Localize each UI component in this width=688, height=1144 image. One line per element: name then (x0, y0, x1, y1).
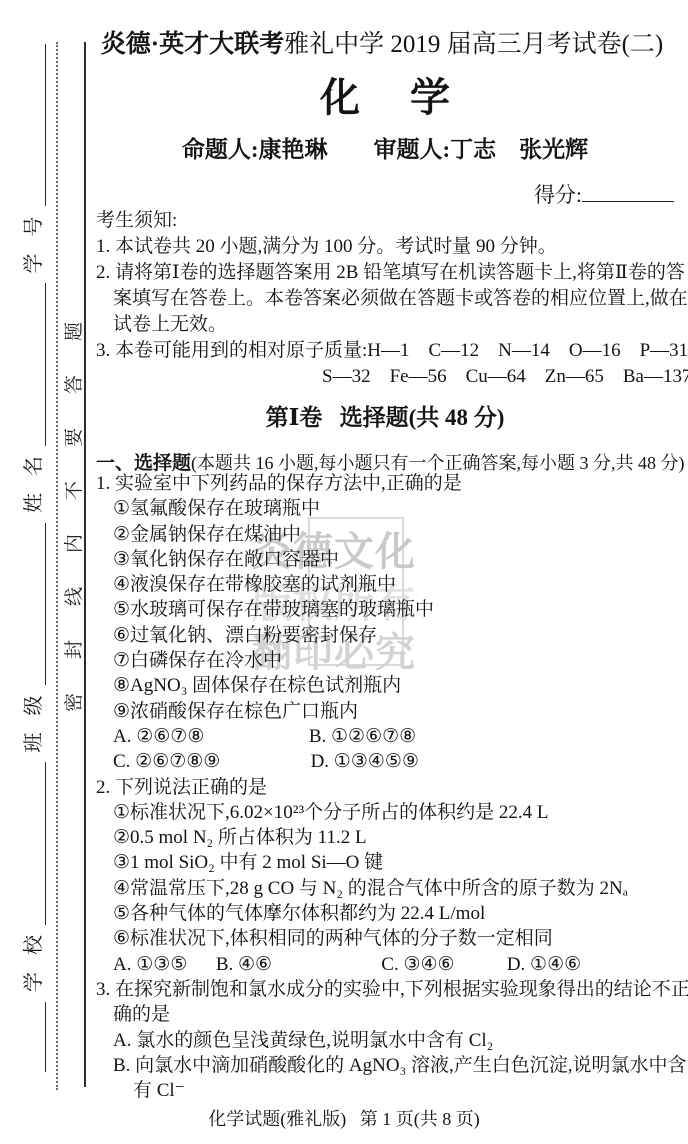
student-field-label: 学 校 (17, 925, 46, 992)
question-line: ⑧AgNO₃ 固体保存在棕色试剂瓶内 (96, 673, 684, 698)
student-field-label: 学 号 (17, 207, 46, 274)
field-blank-line (29, 1002, 46, 1072)
exam-title-line: 炎德·英才大联考雅礼中学 2019 届高三月考试卷(二) (90, 24, 674, 60)
student-field: 班 级 (17, 513, 46, 753)
student-field-label: 姓 名 (17, 446, 46, 513)
question-line: ⑥过氧化钠、漂白粉要密封保存 (96, 623, 684, 648)
student-field: 姓 名 (17, 274, 46, 514)
question-line: 有 Cl⁻ (96, 1078, 684, 1103)
question-line: ②金属钠保存在煤油中 (96, 522, 684, 547)
student-field-blank (29, 763, 46, 926)
question-line: ②0.5 mol N₂ 所占体积为 11.2 L (96, 825, 684, 850)
notice-line: S—32 Fe—56 Cu—64 Zn—65 Ba—137 (96, 364, 681, 390)
seal-line-text: 密封线内不要答题 (59, 276, 85, 712)
examinee-notice: 考生须知:1. 本试卷共 20 小题,满分为 100 分。考试时量 90 分钟。… (96, 208, 681, 390)
questions-block: 1. 实验室中下列药品的保存方法中,正确的是①氢氟酸保存在玻璃瓶中②金属钠保存在… (96, 471, 684, 1103)
question-line: 1. 实验室中下列药品的保存方法中,正确的是 (96, 471, 684, 496)
question-line: 2. 下列说法正确的是 (96, 775, 684, 800)
student-info-fields: 学 校 班 级 姓 名 学 号 (16, 34, 46, 1072)
exam-title: 雅礼中学 2019 届高三月考试卷(二) (284, 31, 663, 58)
question-line: 3. 在探究新制饱和氯水成分的实验中,下列根据实验现象得出的结论不正 (96, 977, 684, 1002)
student-field-blank (29, 523, 46, 686)
question-line: ③氧化钠保存在敞口容器中 (96, 547, 684, 572)
question-line: A. 氯水的颜色呈浅黄绿色,说明氯水中含有 Cl₂ (96, 1028, 684, 1053)
notice-line: 试卷上无效。 (96, 312, 681, 338)
question-line: ④常温常压下,28 g CO 与 N₂ 的混合气体中所含的原子数为 2Nₐ (96, 876, 684, 901)
authors-line: 命题人:康艳琳 审题人:丁志 张光辉 (96, 131, 674, 164)
notice-line: 2. 请将第Ⅰ卷的选择题答案用 2B 铅笔填写在机读答题卡上,将第Ⅱ卷的答 (96, 260, 681, 286)
question-line: ⑨浓硝酸保存在棕色广口瓶内 (96, 699, 684, 724)
notice-line: 考生须知: (96, 208, 681, 234)
question-line: A. ②⑥⑦⑧ B. ①②⑥⑦⑧ (96, 724, 684, 749)
student-field-blank (29, 44, 46, 207)
question-line: ⑥标准状况下,体积相同的两种气体的分子数一定相同 (96, 926, 684, 951)
student-field: 学 校 (17, 753, 46, 993)
student-field-list: 学 校 班 级 姓 名 学 号 (17, 34, 46, 992)
question-line: ①标准状况下,6.02×10²³个分子所占的体积约是 22.4 L (96, 800, 684, 825)
exam-paper-page: 学 校 班 级 姓 名 学 号 密封线内不要答题 炎德文化 版权所有 翻印必究 … (0, 0, 688, 1144)
exam-series-brand: 炎德·英才大联考 (101, 31, 284, 58)
question-line: C. ②⑥⑦⑧⑨ D. ①③④⑤⑨ (96, 749, 684, 774)
intro-description: (本题共 16 小题,每小题只有一个正确答案,每小题 3 分,共 48 分) (191, 453, 685, 473)
page-footer: 化学试题(雅礼版) 第 1 页(共 8 页) (0, 1105, 688, 1131)
question-line: ⑦白磷保存在冷水中 (96, 648, 684, 673)
score-blank-line (582, 183, 674, 202)
subject-title: 化 学 (96, 66, 674, 123)
score-field: 得分: (534, 179, 674, 209)
student-field-blank (29, 284, 46, 447)
section-heading: 第Ⅰ卷 选择题(共 48 分) (96, 399, 674, 432)
question-line: ③1 mol SiO₂ 中有 2 mol Si—O 键 (96, 850, 684, 875)
question-line: A. ①③⑤ B. ④⑥ C. ③④⑥ D. ①④⑥ (96, 952, 684, 977)
question-line: 确的是 (96, 1002, 684, 1027)
question-line: ⑤各种气体的气体摩尔体积都约为 22.4 L/mol (96, 901, 684, 926)
score-label: 得分: (534, 183, 582, 207)
question-line: ④液溴保存在带橡胶塞的试剂瓶中 (96, 572, 684, 597)
question-line: ①氢氟酸保存在玻璃瓶中 (96, 496, 684, 521)
notice-line: 1. 本试卷共 20 小题,满分为 100 分。考试时量 90 分钟。 (96, 234, 681, 260)
notice-line: 案填写在答卷上。本卷答案必须做在答题卡或答卷的相应位置上,做在 (96, 286, 681, 312)
question-line: B. 向氯水中滴加硝酸酸化的 AgNO₃ 溶液,产生白色沉淀,说明氯水中含 (96, 1053, 684, 1078)
student-field: 学 号 (17, 34, 46, 274)
student-field-label: 班 级 (17, 686, 46, 753)
notice-line: 3. 本卷可能用到的相对原子质量:H—1 C—12 N—14 O—16 P—31 (96, 338, 681, 364)
seal-dotted-line (56, 42, 58, 1090)
question-line: ⑤水玻璃可保存在带玻璃塞的玻璃瓶中 (96, 597, 684, 622)
